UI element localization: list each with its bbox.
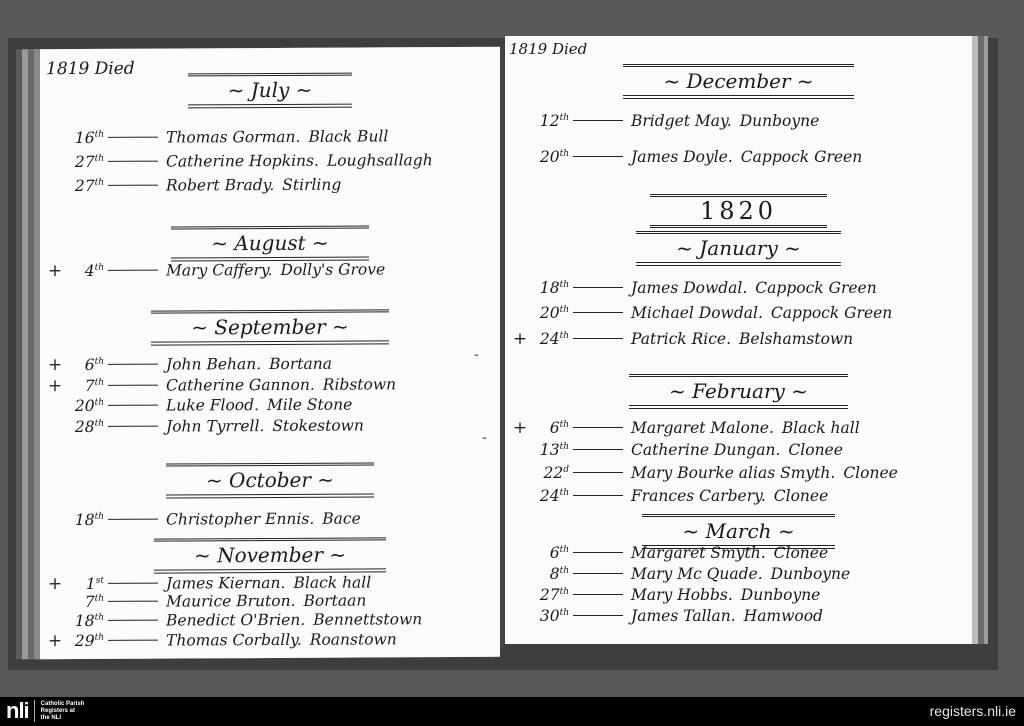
burial-entry: 28thJohn Tyrrell.Stokestown <box>40 416 500 436</box>
month-heading: ~ July ~ <box>40 72 500 109</box>
burial-entry: +4thMary Caffery.Dolly's Grove <box>40 259 500 281</box>
entry-day: 29th <box>70 632 104 650</box>
entry-place: Dunboyne <box>771 565 851 583</box>
entry-place: Bennettstown <box>313 610 422 629</box>
entry-rule <box>108 639 158 640</box>
entry-name: James Tallan <box>631 607 731 625</box>
entry-place: Black hall <box>293 573 371 591</box>
entry-day: 1st <box>70 575 104 593</box>
burial-entry: 7thMaurice Bruton.Bortaan <box>40 591 500 611</box>
entry-name: Frances Carbery <box>631 487 761 505</box>
entry-place: Black hall <box>782 419 860 437</box>
entry-name: Mary Mc Quade <box>631 565 758 583</box>
entry-day: 27th <box>70 153 104 171</box>
entry-name: Christopher Ennis <box>166 510 309 529</box>
entry-rule <box>573 338 623 339</box>
month-label: ~ July ~ <box>188 73 353 109</box>
entry-rule <box>108 600 158 601</box>
entry-day: 6th <box>70 356 104 374</box>
entry-place: Clonee <box>774 487 828 505</box>
entry-place: Black Bull <box>308 127 388 145</box>
entry-place: Belshamstown <box>739 330 853 348</box>
entry-day: 8th <box>535 565 569 583</box>
entry-name: James Dowdal <box>631 279 742 297</box>
entry-name: Margaret Smyth <box>631 544 761 562</box>
year-heading: 1820 <box>505 194 972 228</box>
entry-place: Cappock Green <box>755 279 876 297</box>
entry-day: 18th <box>70 612 104 630</box>
burial-entry: 18thBenedict O'Brien.Bennettstown <box>40 610 500 630</box>
burial-entry: 24thFrances Carbery.Clonee <box>505 487 972 505</box>
month-heading: ~ December ~ <box>505 64 972 99</box>
entry-name: John Behan <box>166 355 256 373</box>
nli-logo[interactable]: nli Catholic Parish Registers at the NLI <box>6 700 84 722</box>
entry-name: Catherine Hopkins <box>166 152 314 171</box>
nli-logo-text: Catholic Parish Registers at the NLI <box>41 701 85 722</box>
burial-entry: 22dMary Bourke alias Smyth.Clonee <box>505 464 972 482</box>
entry-rule <box>573 573 623 574</box>
entry-rule <box>573 615 623 616</box>
nli-logo-mark: nli <box>6 700 35 722</box>
entry-rule <box>108 582 158 583</box>
entry-rule <box>573 287 623 288</box>
logo-line: Registers at <box>41 708 85 715</box>
burial-entry: 13thCatherine Dungan.Clonee <box>505 441 972 459</box>
entry-rule <box>573 449 623 450</box>
month-label: ~ November ~ <box>154 537 386 573</box>
entry-rule <box>108 136 158 137</box>
entry-day: 30th <box>535 607 569 625</box>
entry-place: Cappock Green <box>771 304 892 322</box>
entry-name: Bridget May <box>631 112 727 130</box>
entry-day: 6th <box>535 544 569 562</box>
entry-name: Luke Flood <box>166 396 254 414</box>
burial-entry: 16thThomas Gorman.Black Bull <box>40 127 500 147</box>
burial-entry: +6thJohn Behan.Bortana <box>40 353 500 375</box>
entry-rule <box>573 120 623 121</box>
entry-rule <box>108 384 158 385</box>
entry-place: Mile Stone <box>267 396 352 414</box>
month-heading: ~ September ~ <box>40 309 500 346</box>
entry-rule <box>573 495 623 496</box>
entry-place: Ribstown <box>323 375 396 393</box>
entry-rule <box>108 160 158 161</box>
entry-day: 16th <box>70 129 104 147</box>
month-label: ~ January ~ <box>636 231 841 266</box>
month-heading: ~ February ~ <box>505 374 972 409</box>
month-heading: ~ November ~ <box>40 537 500 574</box>
entry-place: Cappock Green <box>741 148 862 166</box>
burial-entry: 20thLuke Flood.Mile Stone <box>40 395 500 415</box>
entry-rule <box>108 363 158 364</box>
entry-rule <box>108 619 158 620</box>
burial-entry: +6thMargaret Malone.Black hall <box>505 418 972 438</box>
entry-name: Benedict O'Brien <box>166 611 300 630</box>
entry-place: Clonee <box>843 464 897 482</box>
entry-name: Patrick Rice <box>631 330 726 348</box>
burial-entry: +7thCatherine Gannon.Ribstown <box>40 374 500 396</box>
site-link[interactable]: registers.nli.ie <box>930 703 1016 719</box>
burial-entry: +24thPatrick Rice.Belshamstown <box>505 329 972 349</box>
left-page: 1819 Died - - ~ July ~16thThomas Gorman.… <box>40 47 500 659</box>
entry-place: Stirling <box>282 176 341 194</box>
entry-day: 24th <box>535 330 569 348</box>
entry-rule <box>108 404 158 405</box>
year-label: 1820 <box>650 194 827 228</box>
entry-place: Bortana <box>269 355 332 373</box>
entry-rule <box>108 269 158 270</box>
entry-day: 20th <box>535 148 569 166</box>
entry-day: 22d <box>535 464 569 482</box>
month-heading: ~ January ~ <box>505 231 972 266</box>
entry-day: 7th <box>70 377 104 395</box>
burial-entry: 27thMary Hobbs.Dunboyne <box>505 586 972 604</box>
entry-name: Mary Hobbs <box>631 586 728 604</box>
entry-name: Mary Bourke alias Smyth <box>631 464 830 482</box>
entry-rule <box>573 312 623 313</box>
cross-mark: + <box>40 574 70 594</box>
entry-day: 27th <box>535 586 569 604</box>
entry-name: Catherine Gannon <box>166 376 310 395</box>
entry-rule <box>573 156 623 157</box>
entry-day: 12th <box>535 112 569 130</box>
logo-line: Catholic Parish <box>41 701 85 708</box>
cross-mark: + <box>40 355 70 375</box>
entry-place: Roanstown <box>310 630 397 648</box>
entry-day: 28th <box>70 418 104 436</box>
entry-name: Mary Caffery <box>166 261 268 280</box>
entry-day: 18th <box>535 279 569 297</box>
burial-entry: 18thChristopher Ennis.Bace <box>40 509 500 529</box>
month-label: ~ October ~ <box>166 462 374 498</box>
entry-place: Stokestown <box>272 417 364 435</box>
entry-place: Clonee <box>788 441 842 459</box>
entry-rule <box>573 594 623 595</box>
right-page: 1819 Died ~ December ~12thBridget May.Du… <box>505 36 972 644</box>
month-label: ~ August ~ <box>171 225 369 261</box>
entry-name: John Tyrrell <box>166 417 259 435</box>
entry-name: James Doyle <box>631 148 728 166</box>
entry-place: Loughsallagh <box>327 151 433 170</box>
entry-name: Michael Dowdal <box>631 304 758 322</box>
burial-entry: 6thMargaret Smyth.Clonee <box>505 544 972 562</box>
entry-day: 24th <box>535 487 569 505</box>
entry-day: 4th <box>70 262 104 280</box>
entry-place: Dunboyne <box>740 112 820 130</box>
entry-rule <box>108 518 158 519</box>
footer-bar: nli Catholic Parish Registers at the NLI… <box>0 697 1024 726</box>
burial-entry: 12thBridget May.Dunboyne <box>505 112 972 130</box>
entry-day: 27th <box>70 177 104 195</box>
entry-rule <box>573 552 623 553</box>
entry-day: 20th <box>535 304 569 322</box>
month-heading: ~ August ~ <box>40 225 500 262</box>
entry-place: Bace <box>322 510 361 528</box>
entry-day: 13th <box>535 441 569 459</box>
image-viewer[interactable]: 1819 Died - - ~ July ~16thThomas Gorman.… <box>0 0 1024 697</box>
entry-name: Robert Brady <box>166 176 269 195</box>
logo-line: the NLI <box>41 715 85 722</box>
burial-entry: +29thThomas Corbally.Roanstown <box>40 629 500 651</box>
entry-place: Clonee <box>774 544 828 562</box>
entry-day: 20th <box>70 397 104 415</box>
burial-entry: 20thJames Doyle.Cappock Green <box>505 148 972 166</box>
month-label: ~ February ~ <box>629 374 848 409</box>
entry-name: Thomas Gorman <box>166 128 296 147</box>
entry-name: James Kiernan <box>166 574 281 593</box>
month-label: ~ December ~ <box>623 64 853 99</box>
entry-rule <box>573 472 623 473</box>
page-header: 1819 Died <box>509 40 587 58</box>
burial-entry: 27thCatherine Hopkins.Loughsallagh <box>40 151 500 171</box>
cross-mark: + <box>505 418 535 438</box>
cross-mark: + <box>505 329 535 349</box>
entry-rule <box>108 184 158 185</box>
entry-day: 7th <box>70 593 104 611</box>
burial-entry: 20thMichael Dowdal.Cappock Green <box>505 304 972 322</box>
burial-entry: 27thRobert Brady.Stirling <box>40 175 500 195</box>
cross-mark: + <box>40 376 70 396</box>
entry-rule <box>573 427 623 428</box>
page-gutter <box>500 40 504 650</box>
burial-entry: 30thJames Tallan.Hamwood <box>505 607 972 625</box>
entry-day: 6th <box>535 419 569 437</box>
entry-place: Dunboyne <box>741 586 821 604</box>
entry-day: 18th <box>70 511 104 529</box>
entry-name: Catherine Dungan <box>631 441 775 459</box>
entry-place: Hamwood <box>744 607 823 625</box>
burial-entry: 18thJames Dowdal.Cappock Green <box>505 279 972 297</box>
entry-name: Maurice Bruton <box>166 592 291 611</box>
entry-place: Bortaan <box>304 591 367 609</box>
cross-mark: + <box>40 631 70 651</box>
month-label: ~ September ~ <box>151 309 389 345</box>
entry-name: Margaret Malone <box>631 419 769 437</box>
entry-place: Dolly's Grove <box>281 260 386 279</box>
cross-mark: + <box>40 261 70 281</box>
entry-name: Thomas Corbally <box>166 631 297 650</box>
entry-rule <box>108 425 158 426</box>
month-heading: ~ October ~ <box>40 462 500 499</box>
burial-entry: 8thMary Mc Quade.Dunboyne <box>505 565 972 583</box>
